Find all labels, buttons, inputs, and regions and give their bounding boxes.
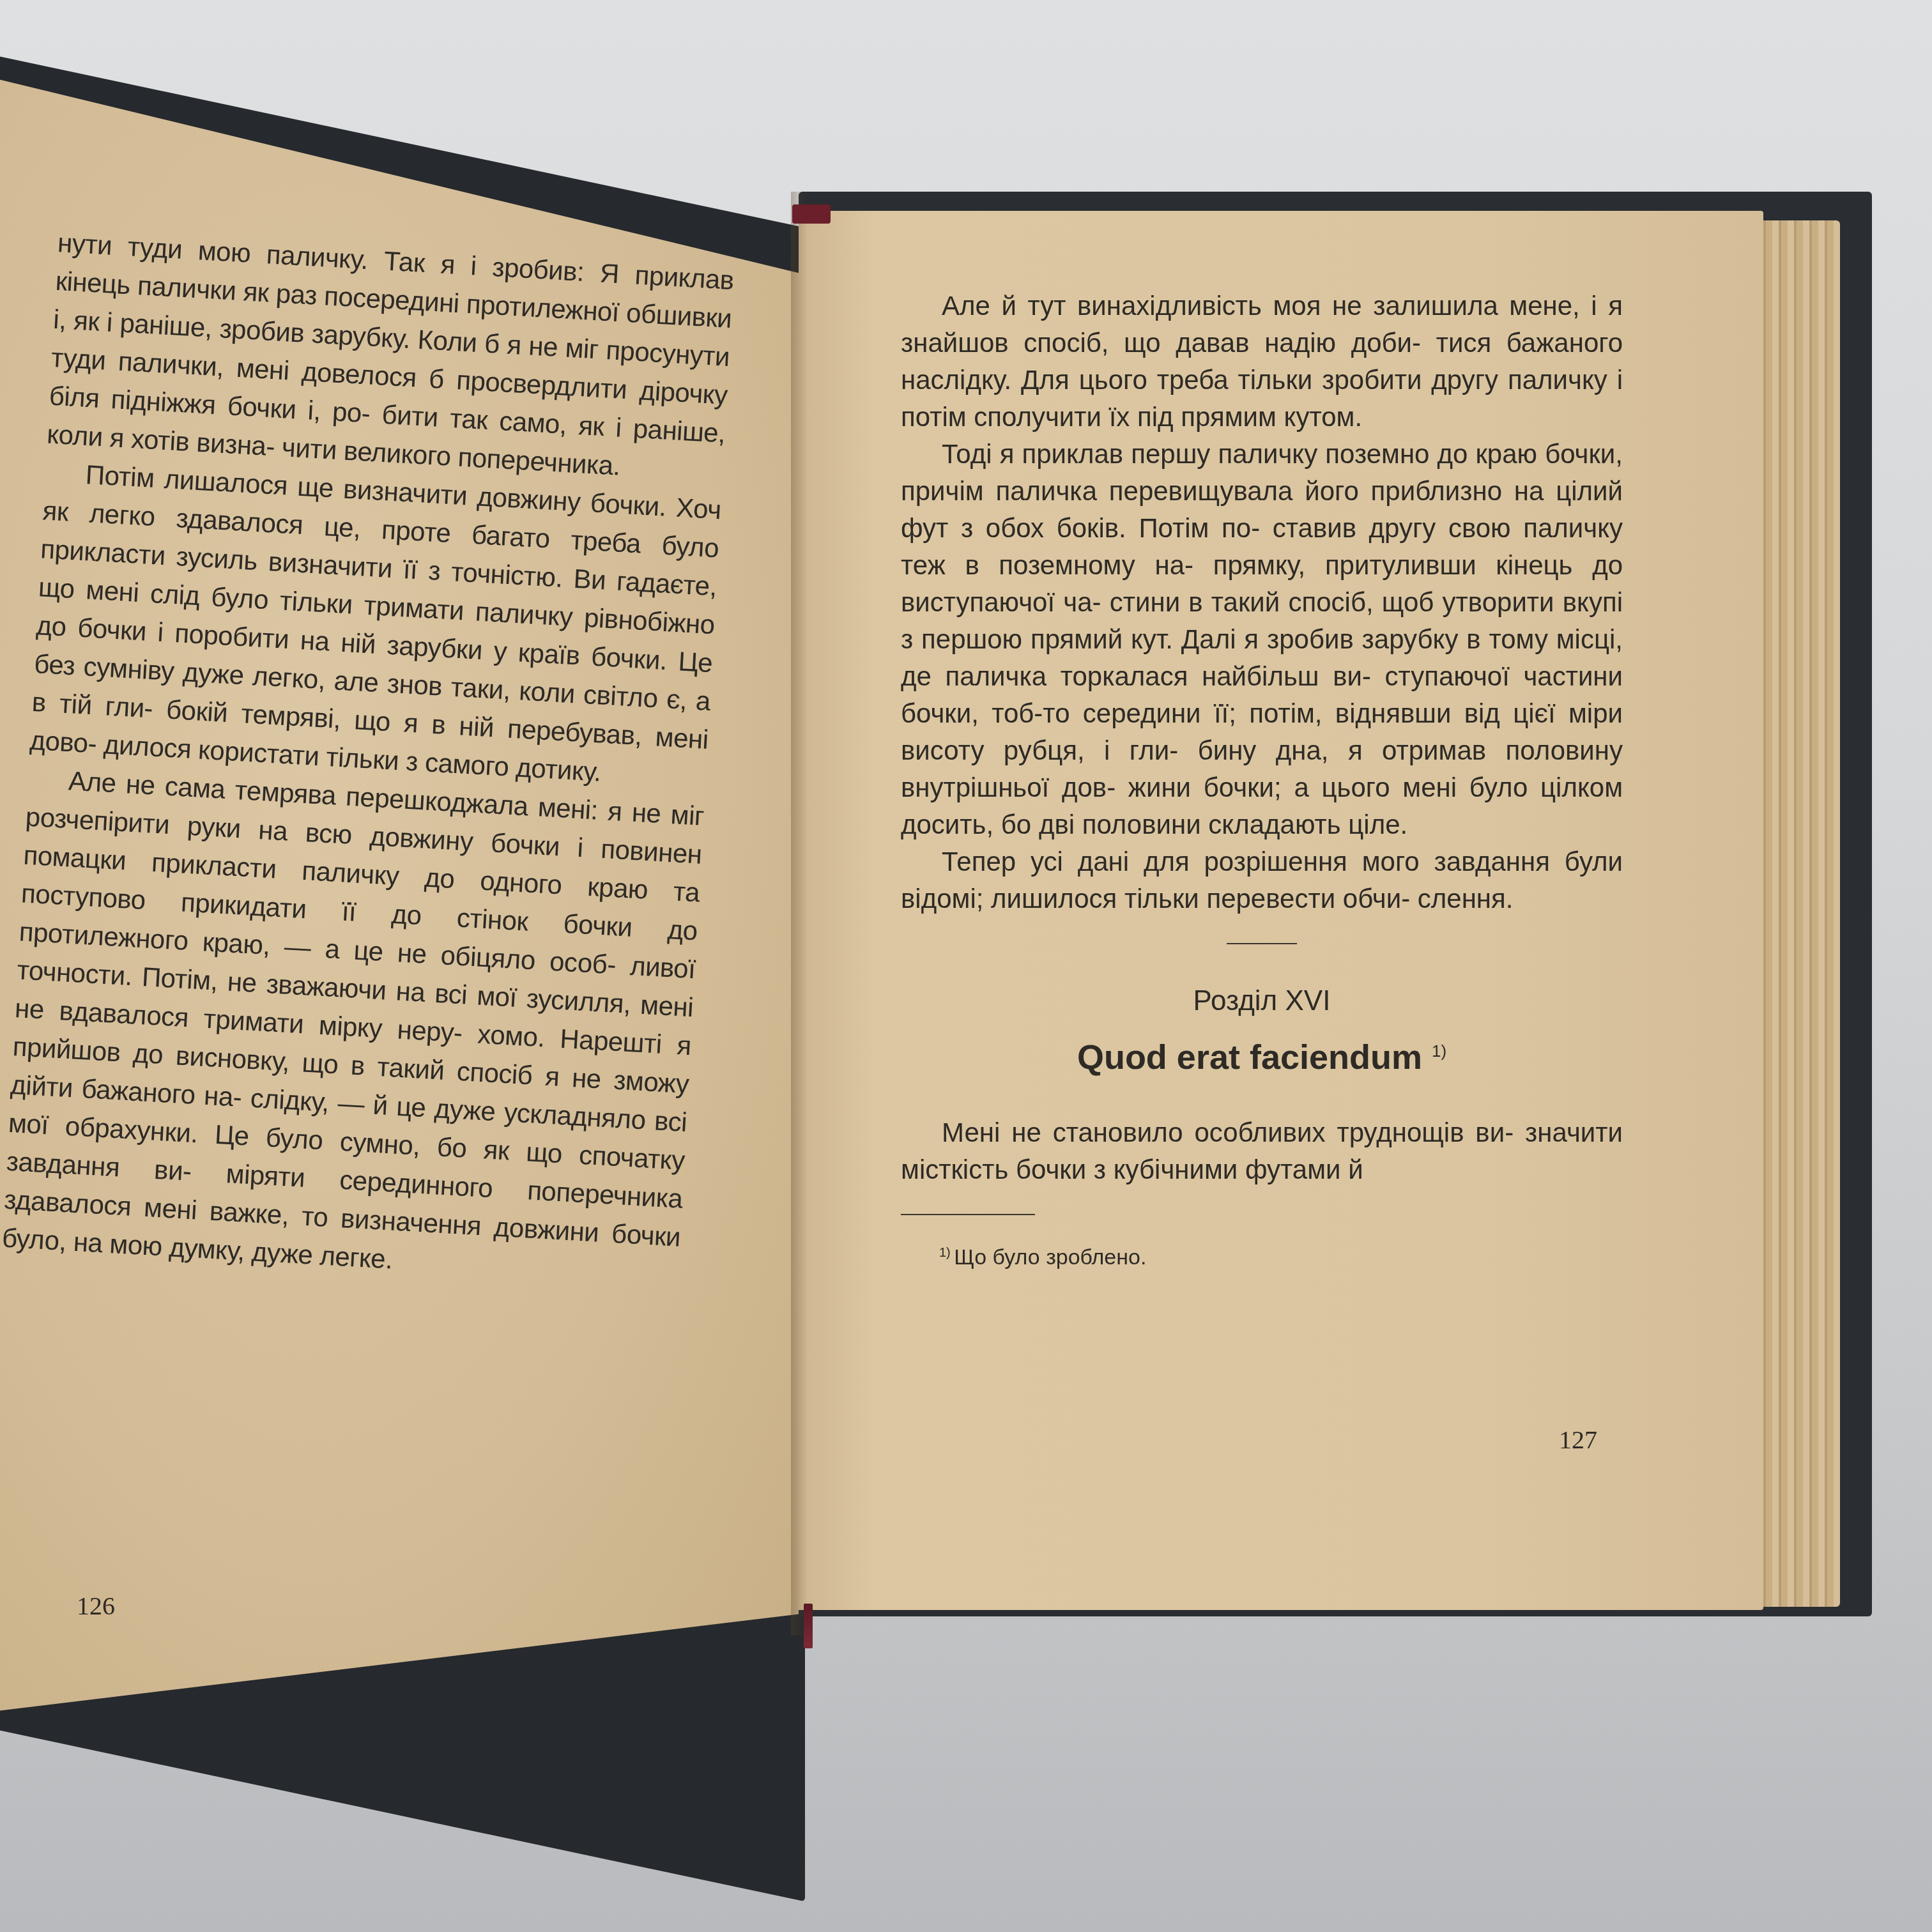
page-number-right: 127: [1559, 1425, 1597, 1455]
text-line: Але й тут винахідливість моя не залишила: [942, 291, 1509, 321]
chapter-label: Розділ XVI: [901, 983, 1623, 1020]
book-gutter: [791, 192, 808, 1636]
right-page: Але й тут винахідливість моя не залишила…: [799, 211, 1763, 1610]
footnote-divider: [901, 1214, 1035, 1215]
text-line: Мені не становило особливих труднощів ви…: [942, 1117, 1525, 1147]
page-edges: [1751, 220, 1840, 1607]
text-line: прямим кутом.: [1181, 402, 1362, 432]
footnote-marker: 1): [1432, 1041, 1446, 1061]
left-page-text: нути туди мою паличку. Так я і зробив: Я…: [1, 224, 735, 1295]
footnote: 1) Що було зроблено.: [901, 1234, 1623, 1276]
paragraph: Мені не становило особливих труднощів ви…: [901, 1114, 1623, 1188]
paragraph: Але й тут винахідливість моя не залишила…: [901, 287, 1623, 436]
footnote-marker: 1): [939, 1246, 954, 1260]
footnote-text: Що було зроблено.: [954, 1245, 1146, 1269]
paragraph: Але не сама темрява перешкоджала мені: я…: [1, 760, 705, 1295]
text-line: думку, дуже легке.: [169, 1232, 394, 1274]
text-line: Тоді я приклав першу паличку поземно до: [942, 439, 1475, 469]
text-line: слення.: [1418, 884, 1514, 914]
text-line: дві половини складають ціле.: [1039, 809, 1407, 839]
chapter-title: Quod erat faciendum 1): [901, 1032, 1623, 1076]
page-number-left: 126: [77, 1591, 115, 1621]
paragraph: Тоді я приклав першу паличку поземно до …: [901, 436, 1623, 843]
section-divider: [1227, 943, 1297, 944]
paragraph: Потім лишалося ще визначити довжину бочк…: [29, 453, 722, 797]
text-line: Тепер усі дані для розрішення мого завда…: [942, 847, 1565, 877]
photo-scene: нути туди мою паличку. Так я і зробив: Я…: [0, 0, 1932, 1932]
paragraph: Тепер усі дані для розрішення мого завда…: [901, 843, 1623, 917]
right-page-text: Але й тут винахідливість моя не залишила…: [901, 287, 1623, 1276]
chapter-title-text: Quod erat faciendum: [1077, 1038, 1432, 1077]
left-page: нути туди мою паличку. Так я і зробив: Я…: [0, 77, 799, 1712]
ribbon-bookmark: [804, 1604, 813, 1648]
text-line: першою прямий кут. Далі я зробив зарубку…: [921, 624, 1489, 654]
headband: [792, 204, 831, 224]
paragraph: нути туди мою паличку. Так я і зробив: Я…: [46, 224, 735, 491]
